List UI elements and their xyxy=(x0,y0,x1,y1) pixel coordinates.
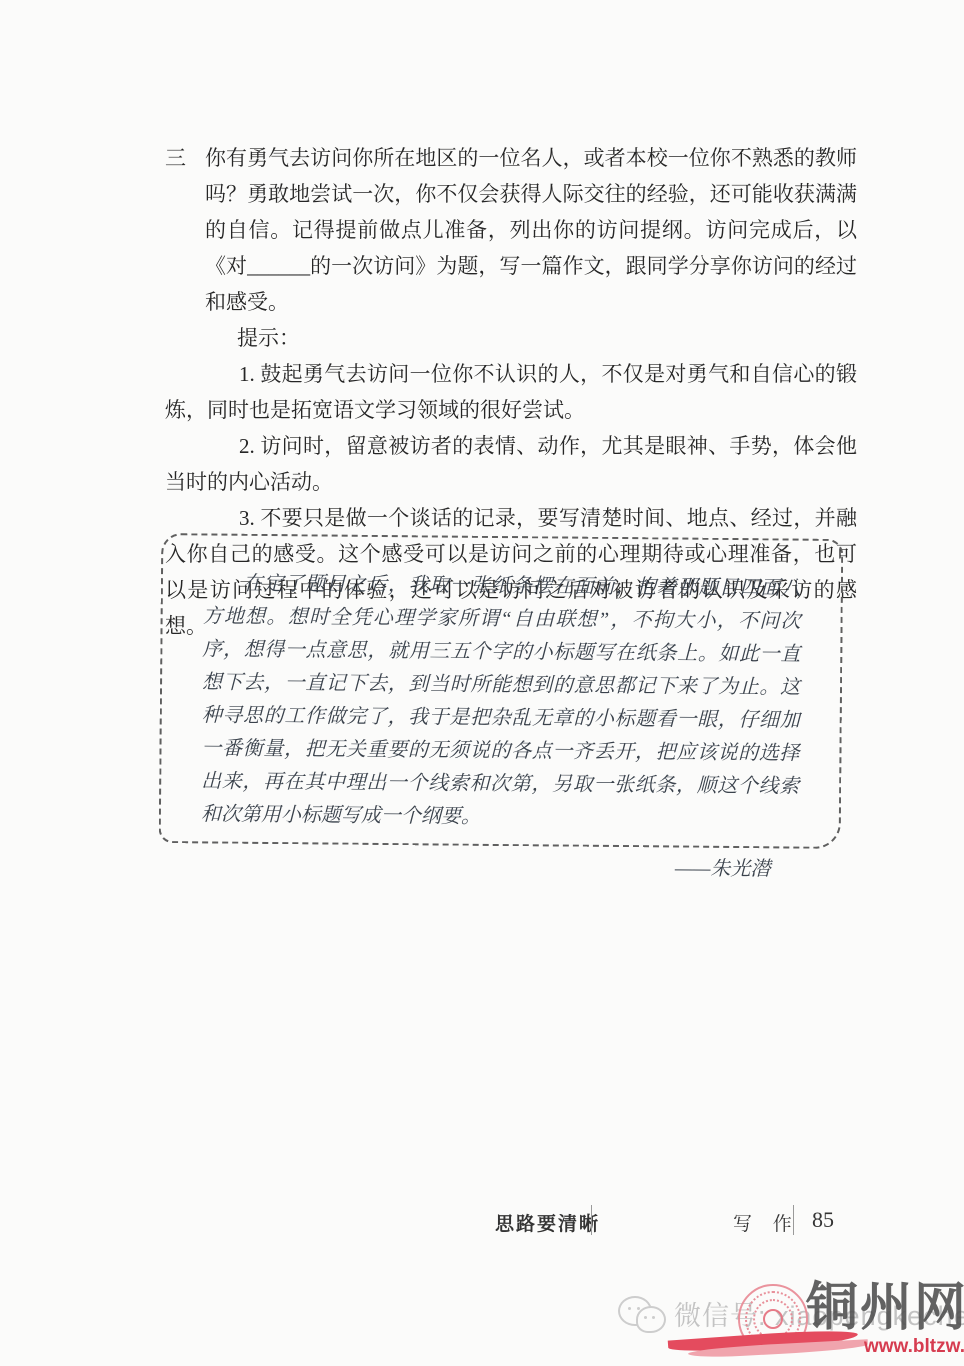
wechat-icon xyxy=(618,1296,670,1340)
hint-2: 2. 访问时，留意被访者的表情、动作，尤其是眼神、手势，体会他当时的内心活动。 xyxy=(165,428,857,500)
site-watermark: 微信号: xiaopengkecheng 铜州网 www.bltzw.com xyxy=(0,1278,964,1366)
quote-box: 在定了题目之后，我取一张纸条摆在面前，抱着那题目四面八方地想。想时全凭心理学家所… xyxy=(159,533,844,849)
page-footer: 思路要清晰 写 作 85 xyxy=(0,1203,964,1243)
exercise-number: 三 xyxy=(165,140,205,320)
red-ribbon-icon xyxy=(668,1330,868,1360)
footer-section-title: 思路要清晰 xyxy=(495,1209,600,1236)
quote-text: 在定了题目之后，我取一张纸条摆在面前，抱着那题目四面八方地想。想时全凭心理学家所… xyxy=(201,567,801,836)
wechat-bubble-small xyxy=(636,1306,666,1333)
footer-divider-left xyxy=(591,1205,592,1235)
quote-attribution: ——朱光潜 xyxy=(200,847,770,881)
site-name-logo: 铜州网 xyxy=(806,1280,964,1336)
textbook-page: 三 你有勇气去访问你所在地区的一位名人，或者本校一位你不熟悉的教师吗？勇敢地尝试… xyxy=(0,0,964,1366)
footer-page-number: 85 xyxy=(812,1207,834,1233)
exercise-three: 三 你有勇气去访问你所在地区的一位名人，或者本校一位你不熟悉的教师吗？勇敢地尝试… xyxy=(165,140,857,320)
exercise-body-text: 你有勇气去访问你所在地区的一位名人，或者本校一位你不熟悉的教师吗？勇敢地尝试一次… xyxy=(205,140,857,320)
hint-1: 1. 鼓起勇气去访问一位你不认识的人，不仅是对勇气和自信心的锻炼，同时也是拓宽语… xyxy=(165,356,857,428)
seal-core xyxy=(763,1309,783,1329)
footer-chapter-label: 写 作 xyxy=(733,1209,800,1236)
hints-label: 提示： xyxy=(237,320,857,356)
site-url-label: www.bltzw.com xyxy=(864,1336,964,1358)
footer-divider-right xyxy=(793,1205,794,1235)
